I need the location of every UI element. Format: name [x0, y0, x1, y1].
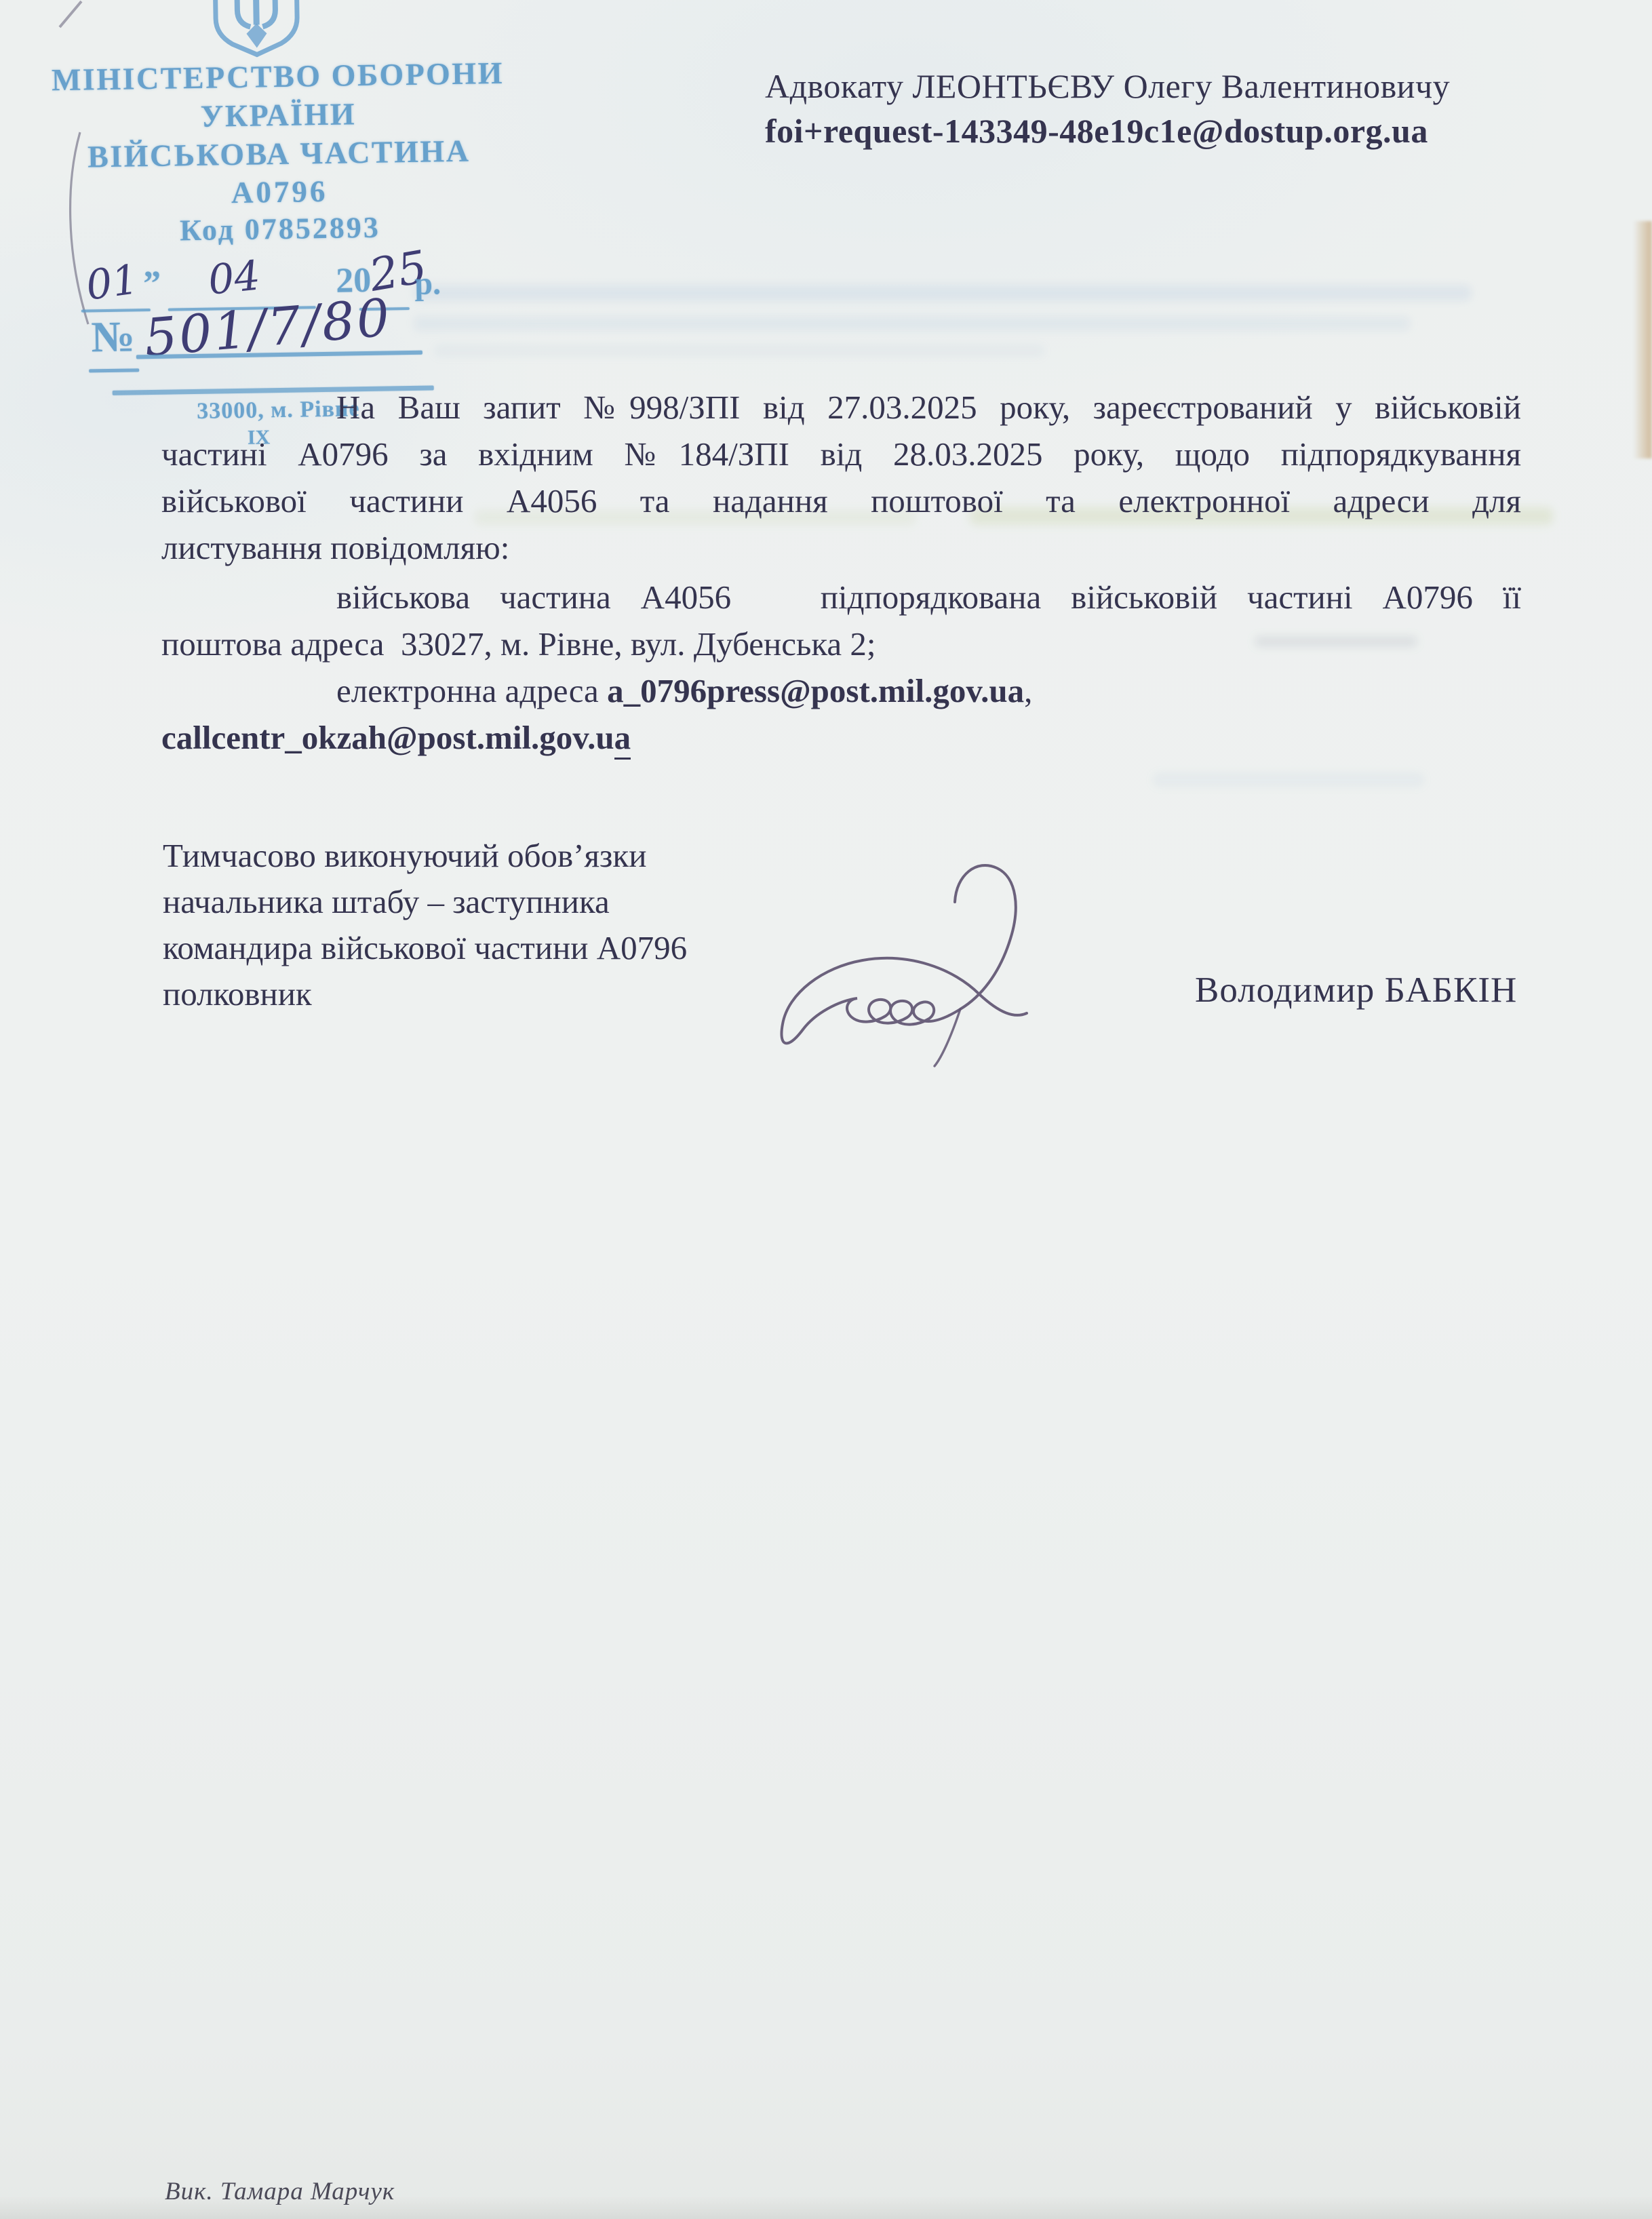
bleed-through-smudge — [434, 345, 1044, 357]
scan-edge-artifact — [1633, 221, 1652, 458]
stamp-org-line2: УКРАЇНИ — [37, 93, 519, 136]
body-line: поштова адреса 33027, м. Рівне, вул. Дуб… — [161, 621, 1521, 667]
ukraine-trident-emblem-icon — [211, 0, 302, 58]
callcenter-email: callcentr_okzah@post.mil.gov.u — [161, 719, 614, 756]
number-sign: № — [91, 311, 135, 362]
recipient-name: Адвокату ЛЕОНТЬЄВУ Олегу Валентиновичу — [765, 66, 1450, 106]
press-email: a_0796press@post.mil.gov.ua — [607, 672, 1024, 709]
bleed-through-smudge — [1153, 773, 1424, 787]
stamp-unit-number: А0796 — [39, 170, 521, 213]
recipient-email: foi+request-143349-48e19c1e@dostup.org.u… — [765, 111, 1428, 151]
stamp-code: Код 07852893 — [39, 208, 522, 250]
number-sign-underline — [89, 368, 139, 372]
body-line: військова частина А4056 підпорядкована в… — [161, 574, 1521, 621]
email1-suffix: , — [1024, 672, 1032, 709]
date-year-suffix: р. — [414, 264, 441, 302]
email1-prefix: електронна адреса — [336, 672, 607, 709]
stamp-org-line3: ВІЙСЬКОВА ЧАСТИНА — [38, 132, 520, 175]
bleed-through-smudge — [414, 285, 1472, 301]
stamp-org-line1: МІНІСТЕРСТВО ОБОРОНИ — [37, 54, 519, 98]
body-line: На Ваш запит №998/ЗПІ від 27.03.2025 рок… — [161, 384, 1521, 431]
executor-note: Вик. Тамара Марчук — [165, 2177, 395, 2206]
body-line: частині А0796 за вхідним №184/ЗПІ від 28… — [161, 431, 1521, 477]
body-line-email2: callcentr_okzah@post.mil.gov.ua — [161, 714, 1521, 761]
bleed-through-smudge — [414, 316, 1411, 331]
date-month-handwritten: 04 — [206, 252, 262, 304]
body-line-email1: електронна адреса a_0796press@post.mil.g… — [161, 667, 1521, 714]
body-line: листування повідомляю: — [161, 524, 1521, 571]
date-quote-mark: ” — [143, 264, 161, 304]
body-line: військової частини А4056 та надання пошт… — [161, 477, 1521, 524]
signer-name: Володимир БАБКІН — [1195, 970, 1517, 1010]
callcenter-email-underlined-tail: a — [614, 719, 631, 760]
scanned-letter-page: МІНІСТЕРСТВО ОБОРОНИ УКРАЇНИ ВІЙСЬКОВА Ч… — [0, 0, 1652, 2219]
handwritten-signature — [774, 860, 1086, 1070]
date-day-handwritten: 01 — [83, 256, 141, 310]
